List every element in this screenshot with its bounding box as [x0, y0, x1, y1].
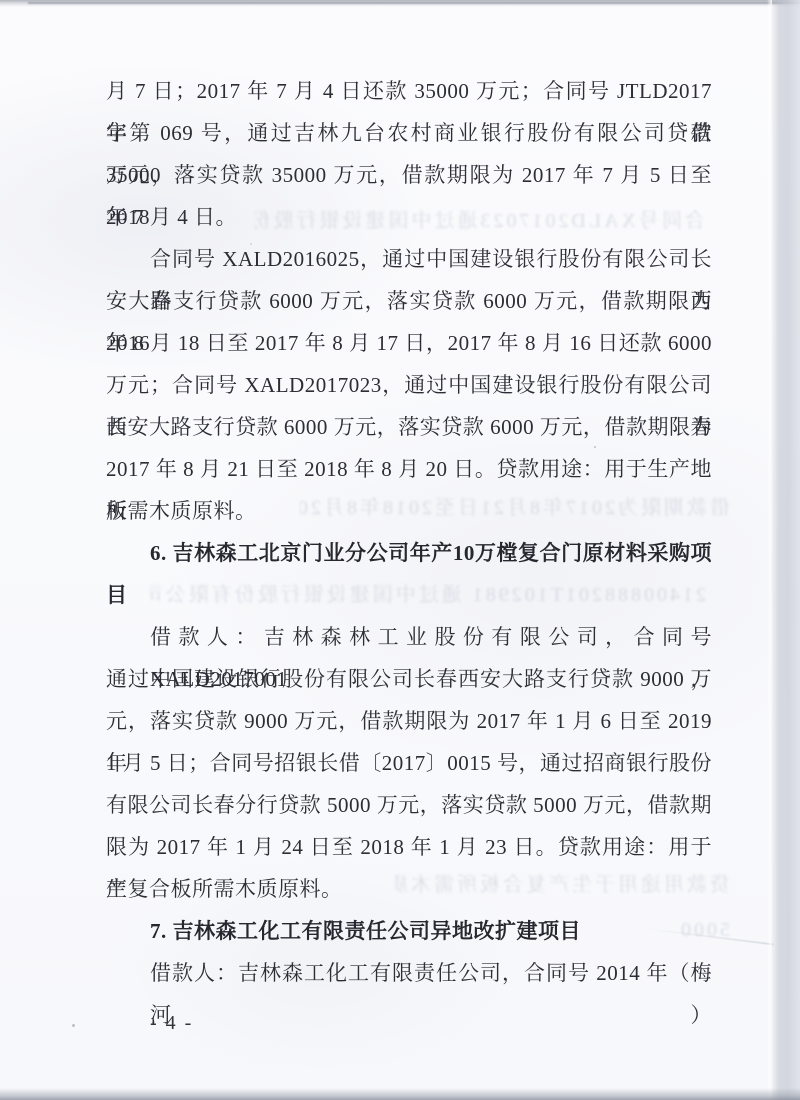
scan-edge-bottom: [0, 1088, 800, 1100]
text-line: 借款人：吉林森林工业股份有限公司，合同号 XALD2017001，: [106, 616, 712, 658]
text-line: 限为 2017 年 1 月 24 日至 2018 年 1 月 23 日。贷款用途…: [106, 826, 712, 868]
scan-speck: [72, 1024, 75, 1027]
scan-edge-right: [770, 0, 800, 1100]
text-line: 万元，落实贷款 35000 万元，借款期限为 2017 年 7 月 5 日至 2…: [106, 154, 712, 196]
text-line: 通过中国建设银行股份有限公司长春西安大路支行贷款 9000 万: [106, 658, 712, 700]
text-line: 产复合板所需木质原料。: [106, 868, 712, 910]
scan-speck: [250, 243, 252, 245]
text-line: 1 月 5 日；合同号招银长借〔2017〕0015 号，通过招商银行股份: [106, 742, 712, 784]
section-heading-line: 7. 吉林森工化工有限责任公司异地改扩建项目: [106, 910, 712, 952]
scan-edge-top: [0, 0, 800, 7]
text-line: 年 7 月 4 日。: [106, 196, 712, 238]
text-line: 西安大路支行贷款 6000 万元，落实贷款 6000 万元，借款期限为: [106, 406, 712, 448]
text-line: 字第 069 号，通过吉林九台农村商业银行股份有限公司贷款 35000: [106, 112, 712, 154]
text-line: 年 8 月 18 日至 2017 年 8 月 17 日，2017 年 8 月 1…: [106, 322, 712, 364]
document-text: 月 7 日；2017 年 7 月 4 日还款 35000 万元；合同号 JTLD…: [106, 70, 712, 994]
scan-speck: [594, 446, 596, 448]
scanned-page: 月 7 日；2017 年 7 月 4 日还款 35000 万元；合同号 JTLD…: [0, 0, 800, 1100]
section-heading-line: 目: [106, 574, 712, 616]
text-line: 月 7 日；2017 年 7 月 4 日还款 35000 万元；合同号 JTLD…: [106, 70, 712, 112]
text-line: 有限公司长春分行贷款 5000 万元，落实贷款 5000 万元，借款期: [106, 784, 712, 826]
page-number: - 4 -: [150, 1008, 193, 1038]
text-line: 借款人：吉林森工化工有限责任公司，合同号 2014 年（梅河）: [106, 952, 712, 994]
text-line: 所需木质原料。: [106, 490, 712, 532]
text-line: 万元；合同号 XALD2017023，通过中国建设银行股份有限公司长春: [106, 364, 712, 406]
text-line: 安大路支行贷款 6000 万元，落实贷款 6000 万元，借款期限为 2016: [106, 280, 712, 322]
section-heading-line: 6. 吉林森工北京门业分公司年产10万樘复合门原材料采购项: [106, 532, 712, 574]
text-line: 合同号 XALD2016025，通过中国建设银行股份有限公司长春西: [106, 238, 712, 280]
text-line: 元，落实贷款 9000 万元，借款期限为 2017 年 1 月 6 日至 201…: [106, 700, 712, 742]
text-line: 2017 年 8 月 21 日至 2018 年 8 月 20 日。贷款用途：用于…: [106, 448, 712, 490]
